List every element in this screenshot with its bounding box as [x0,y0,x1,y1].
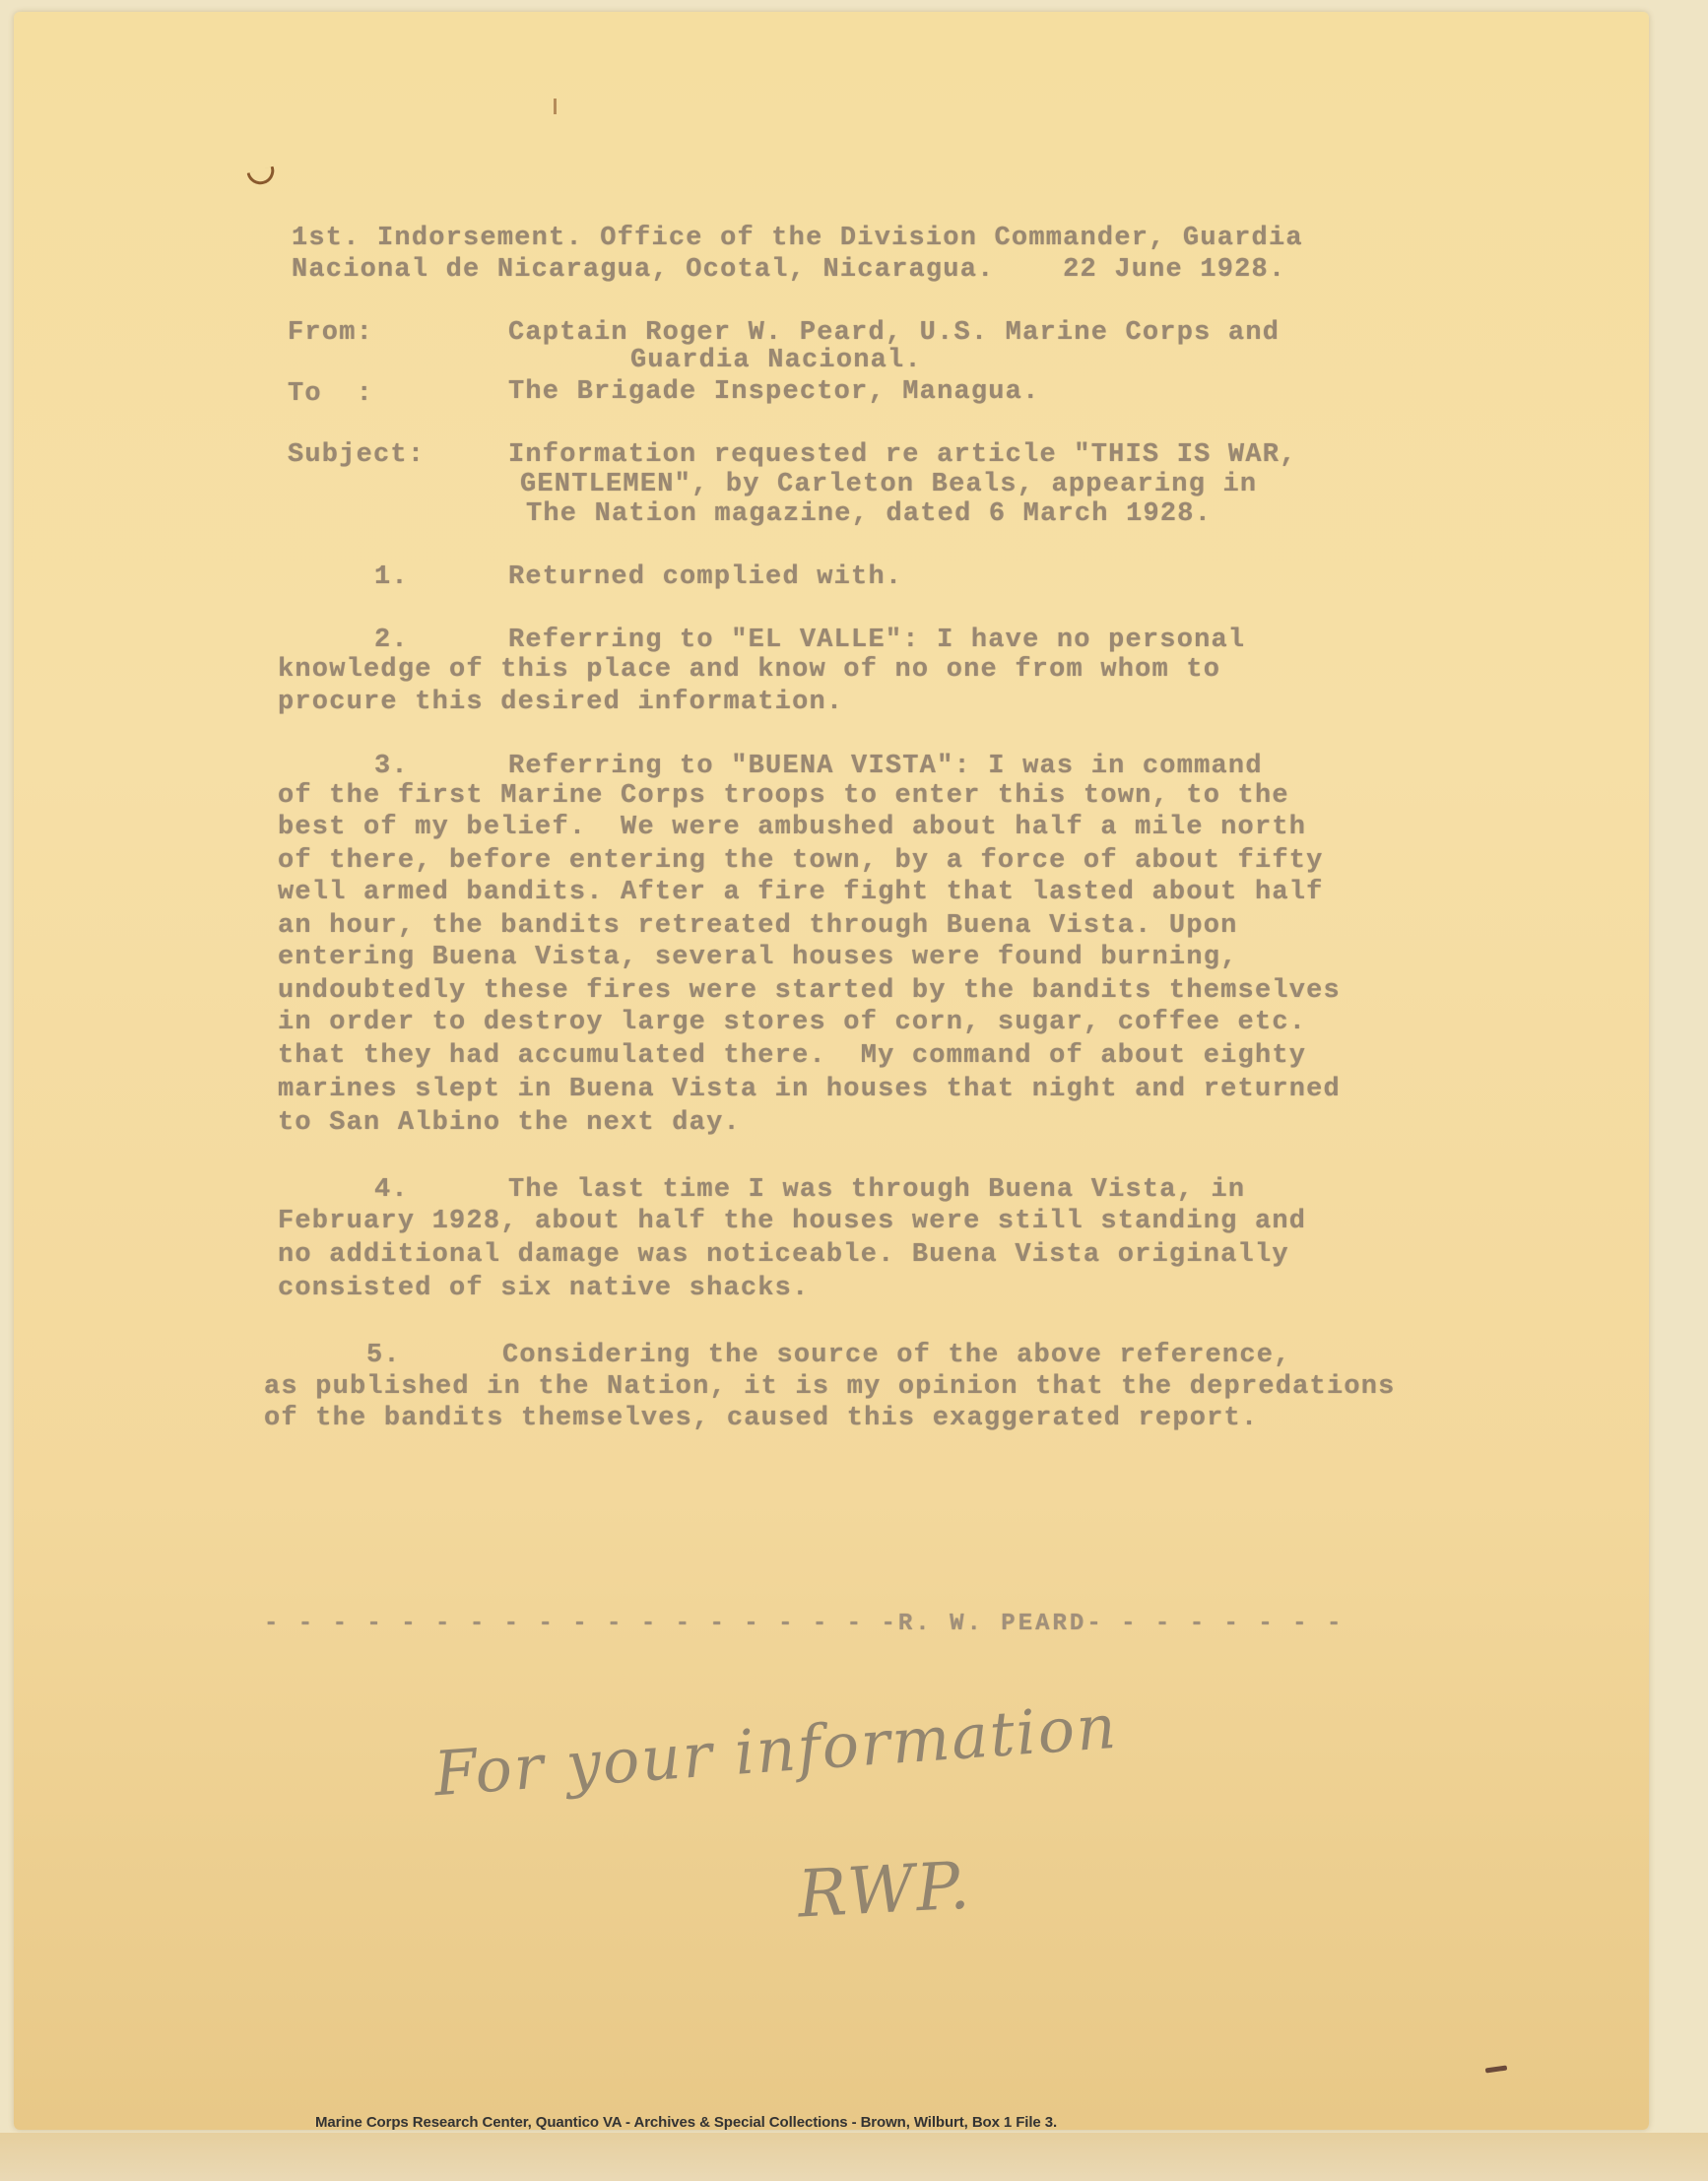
mount-background [0,2133,1708,2181]
paragraph-5-line: of the bandits themselves, caused this e… [264,1403,1258,1435]
archive-caption: Marine Corps Research Center, Quantico V… [315,2114,1057,2131]
paragraph-2-first-line: Referring to "EL VALLE": I have no perso… [508,625,1245,657]
to-value: The Brigade Inspector, Managua. [508,376,1039,409]
paragraph-1-number: 1. [374,562,409,594]
paragraph-4-first-line: The last time I was through Buena Vista,… [508,1174,1245,1207]
paragraph-3-line: well armed bandits. After a fire fight t… [278,877,1324,909]
paragraph-3-line: undoubtedly these fires were started by … [278,975,1341,1008]
paragraph-3-line: in order to destroy large stores of corn… [278,1007,1306,1039]
from-value-line-2: Guardia Nacional. [630,345,922,377]
paragraph-4-number: 4. [374,1174,409,1207]
paragraph-5-line: as published in the Nation, it is my opi… [264,1371,1396,1404]
indorsement-header-line-2: Nacional de Nicaragua, Ocotal, Nicaragua… [292,254,1285,287]
paragraph-3-line: to San Albino the next day. [278,1107,741,1140]
paragraph-3-line: of the first Marine Corps troops to ente… [278,780,1289,813]
from-label: From: [288,317,373,350]
ink-mark [554,99,557,114]
paragraph-4-line: consisted of six native shacks. [278,1273,809,1305]
paragraph-3-line: marines slept in Buena Vista in houses t… [278,1074,1341,1106]
paragraph-3-line: of there, before entering the town, by a… [278,845,1324,878]
paragraph-2-line: knowledge of this place and know of no o… [278,654,1220,687]
subject-line-1: Information requested re article "THIS I… [508,439,1297,472]
paragraph-1-text: Returned complied with. [508,562,902,594]
subject-label: Subject: [288,439,425,472]
handwritten-initials: RWP. [796,1847,973,1932]
paragraph-3-line: that they had accumulated there. My comm… [278,1040,1306,1073]
typed-signature-line: - - - - - - - - - - - - - - - - - - -R. … [264,1608,1344,1640]
subject-line-3: The Nation magazine, dated 6 March 1928. [526,498,1212,531]
paragraph-3-number: 3. [374,751,409,783]
subject-line-2: GENTLEMEN", by Carleton Beals, appearing… [520,469,1257,501]
paragraph-2-line: procure this desired information. [278,687,843,719]
paragraph-5-number: 5. [366,1340,401,1372]
paragraph-4-line: February 1928, about half the houses wer… [278,1206,1306,1238]
to-label: To : [288,378,373,411]
paragraph-4-line: no additional damage was noticeable. Bue… [278,1239,1289,1272]
paragraph-3-line: best of my belief. We were ambushed abou… [278,812,1306,844]
paragraph-3-line: an hour, the bandits retreated through B… [278,910,1238,943]
paragraph-5-first-line: Considering the source of the above refe… [502,1340,1291,1372]
paragraph-3-first-line: Referring to "BUENA VISTA": I was in com… [508,751,1263,783]
paragraph-2-number: 2. [374,625,409,657]
paragraph-3-line: entering Buena Vista, several houses wer… [278,942,1238,974]
indorsement-header-line-1: 1st. Indorsement. Office of the Division… [292,223,1303,255]
